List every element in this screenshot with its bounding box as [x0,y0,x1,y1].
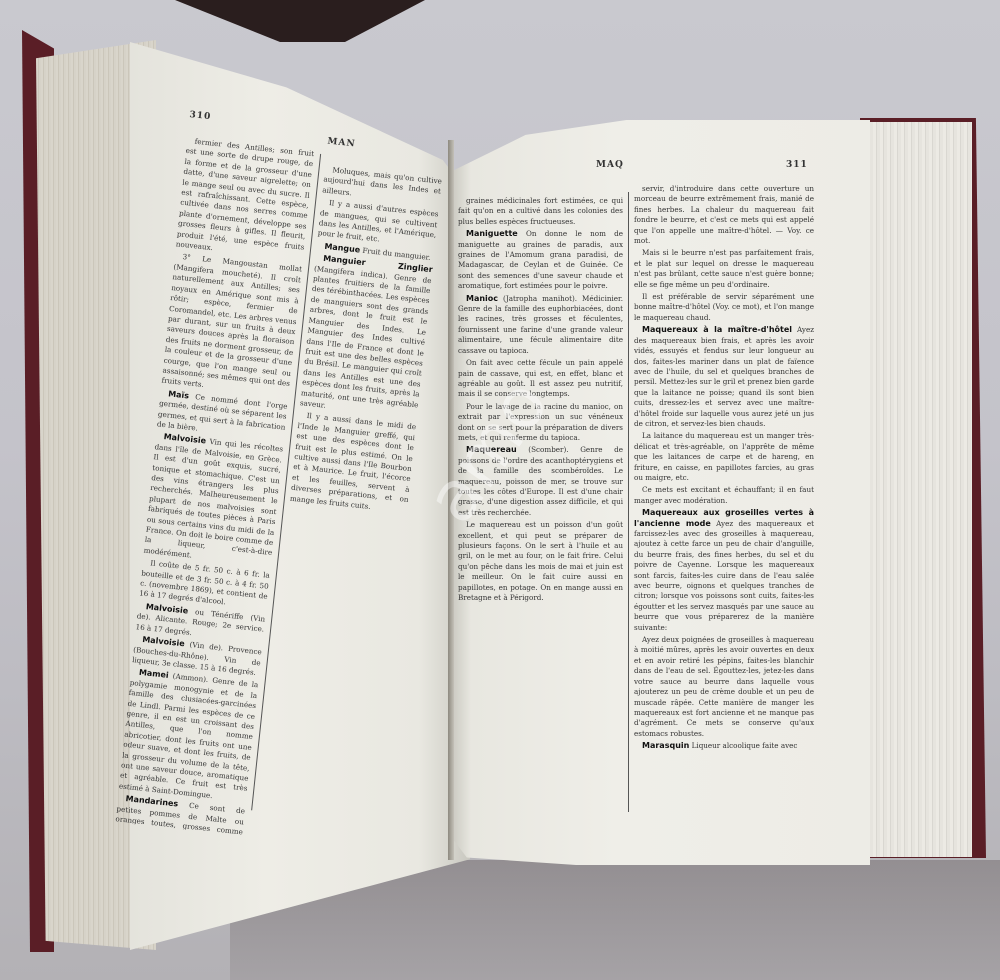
dictionary-entry: La laitance du maquereau est un manger t… [634,431,814,483]
background-dark-object [175,0,425,42]
dictionary-entry: Maquereaux aux groseilles vertes à l'anc… [634,508,814,633]
dictionary-entry: graines médicinales fort estimées, ce qu… [458,196,623,227]
dictionary-entry: Ayez deux poignées de groseilles à maque… [634,635,814,739]
right-running-head: MAQ [596,160,624,170]
left-page-number: 310 [189,110,212,122]
page-block-right [852,122,972,857]
dictionary-entry: Ce mets est excitant et échauffant; il e… [634,485,814,506]
column-divider [628,192,629,812]
dictionary-entry: Mais si le beurre n'est pas parfaitement… [634,248,814,290]
dictionary-entry: fermier des Antilles; son fruit est une … [175,136,314,263]
dictionary-entry: Marasquin Liqueur alcoolique faite avec [634,741,814,751]
dictionary-entry: 3° Le Mangoustan mollat (Mangifera mouch… [161,252,302,400]
dictionary-entry: Le maquereau est un poisson d'un goût ex… [458,520,623,603]
dictionary-entry: Il y a aussi dans le midi de l'Inde le M… [289,410,416,515]
dictionary-entry: Mamei (Ammon). Genre de la polygamie mon… [118,667,258,805]
right-page-number: 311 [786,160,808,170]
dictionary-entry: Il est préférable de servir séparément u… [634,292,814,323]
right-page-column-2: servir, d'introduire dans cette ouvertur… [634,184,814,804]
dictionary-entry: Maniguette On donne le nom de maniguette… [458,229,623,291]
dictionary-entry: servir, d'introduire dans cette ouvertur… [634,184,814,246]
dictionary-entry: Malvoisie Vin qui les récoltes dans l'îl… [143,432,283,570]
dictionary-entry: Manguier Zinglier (Mangifera indica). Ge… [299,253,433,421]
dictionary-entry: Manioc (Jatropha manihot). Médicinier. G… [458,294,623,356]
dictionary-entry: Maquereaux à la maître-d'hôtel Ayez des … [634,325,814,429]
